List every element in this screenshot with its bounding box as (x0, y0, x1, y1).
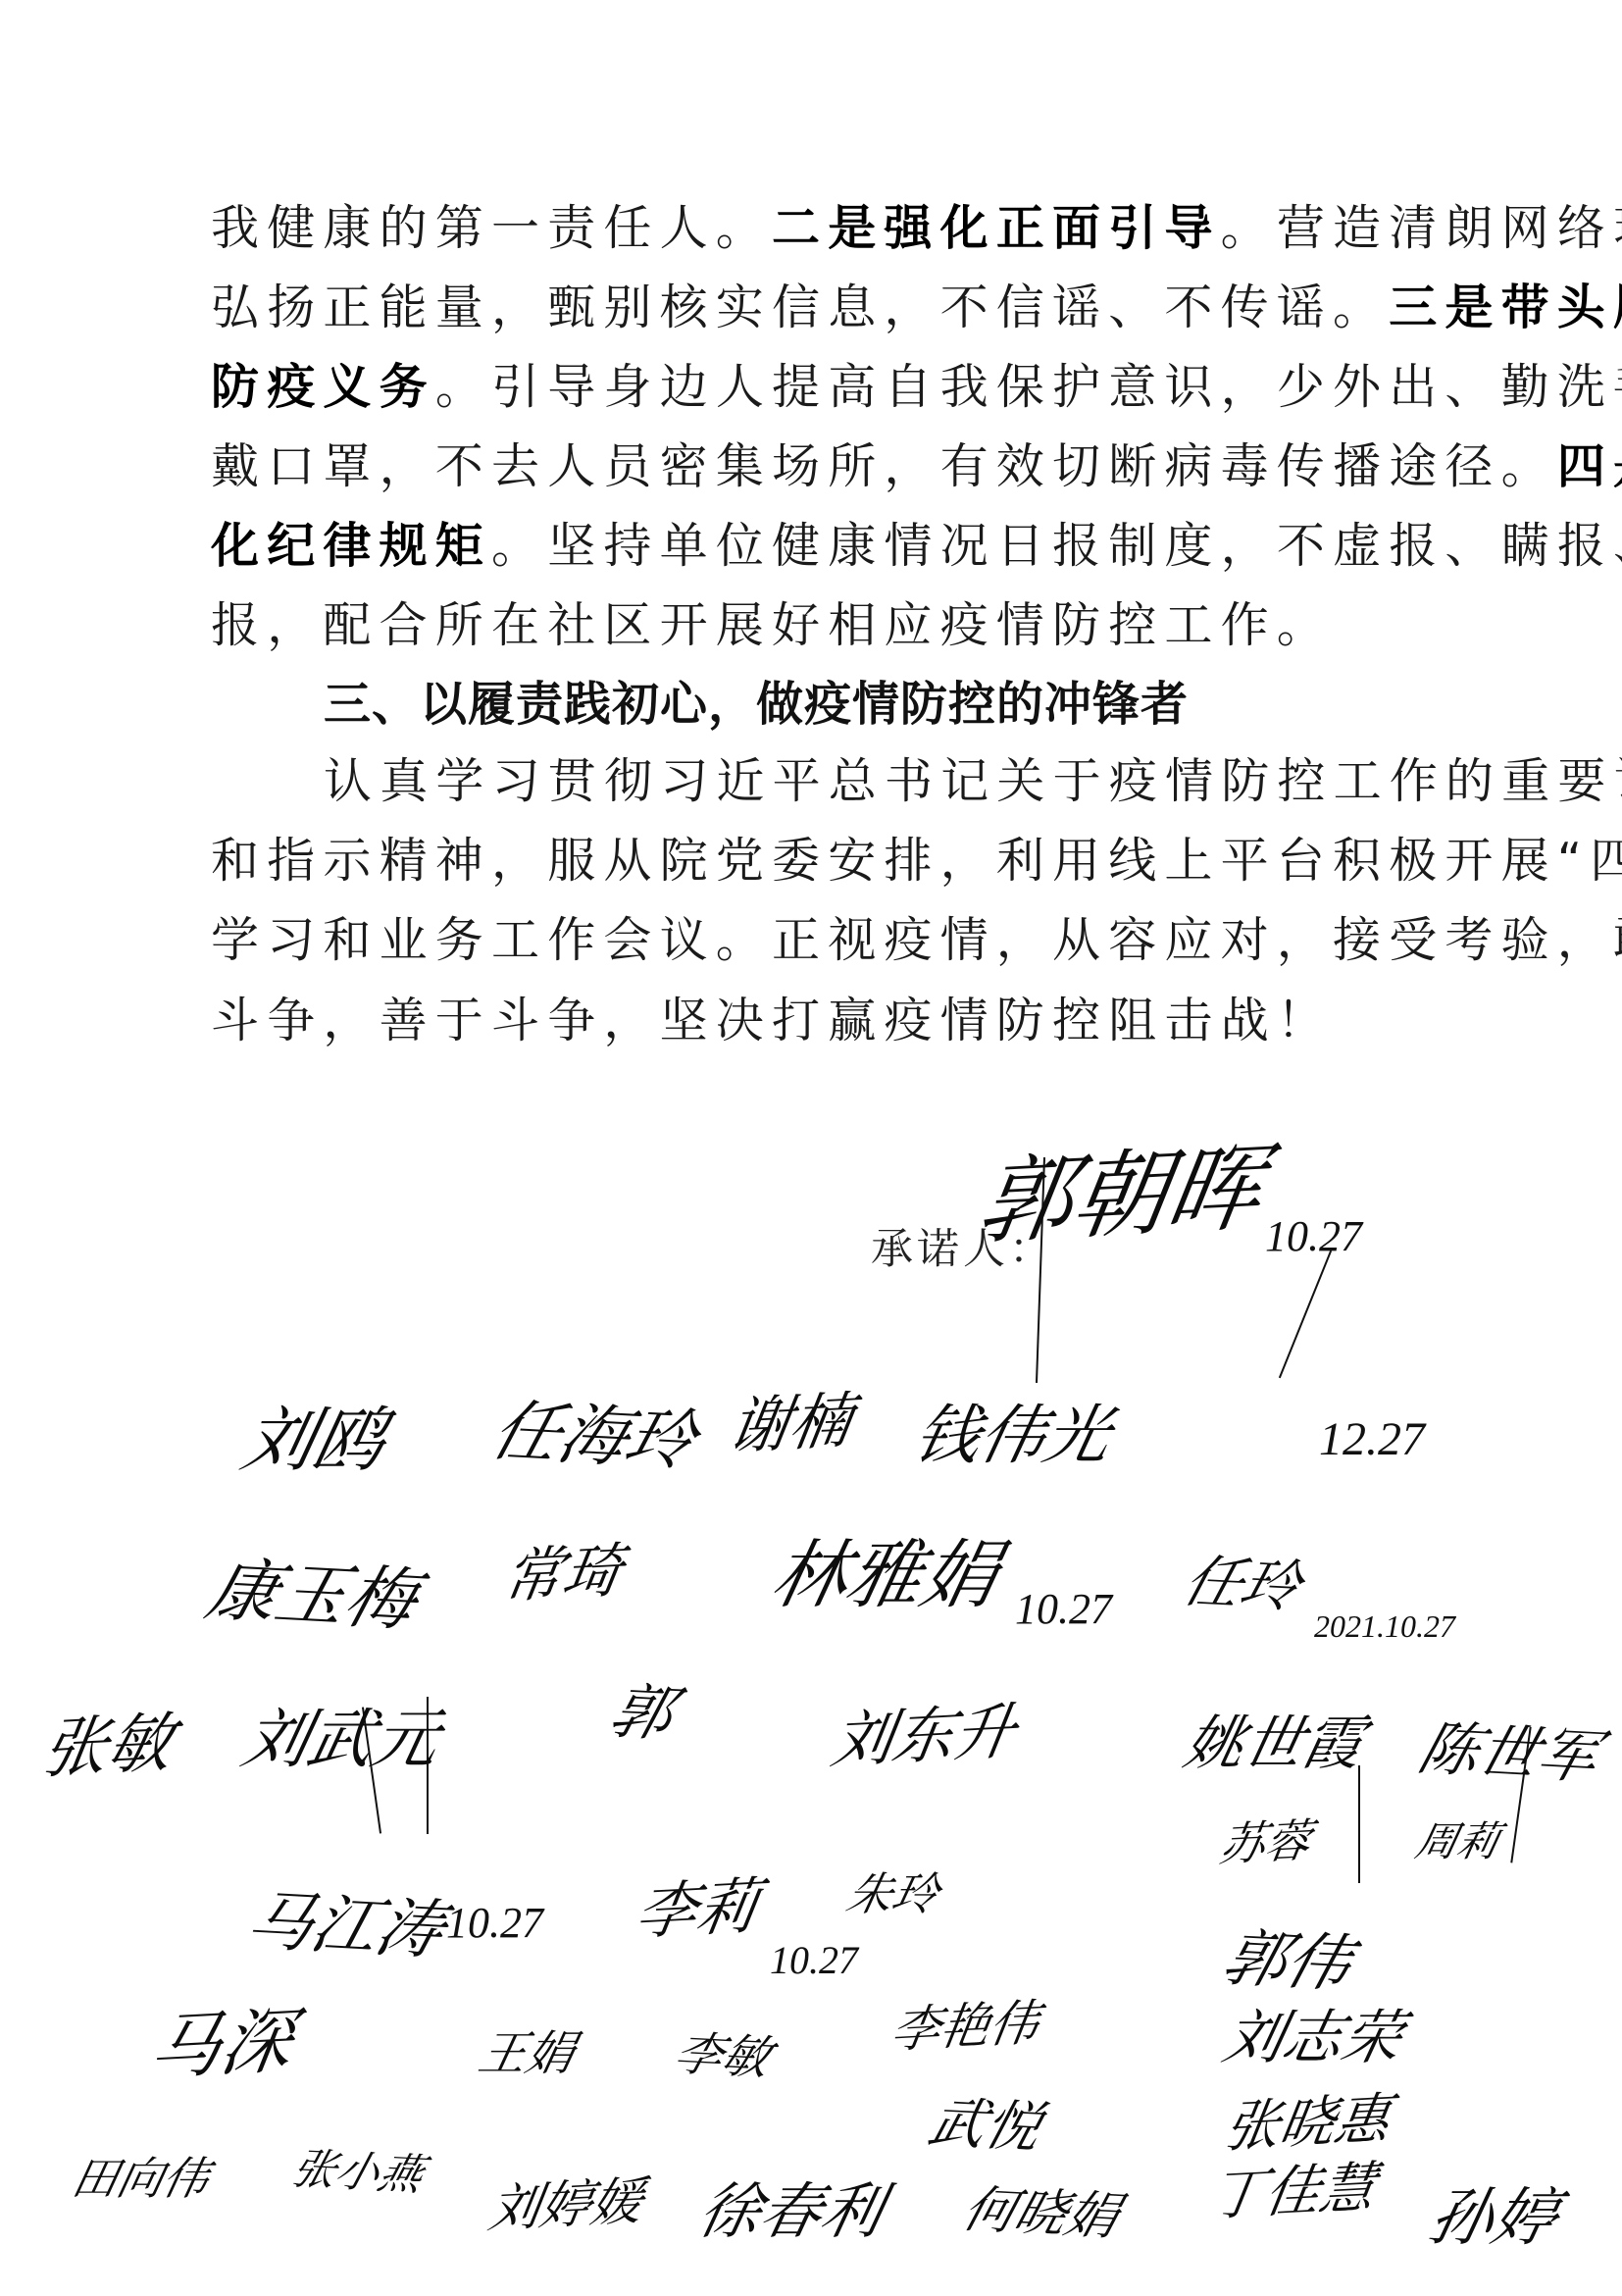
section-heading: 三、以履责践初心，做疫情防控的冲锋者 (324, 675, 1189, 734)
handwritten-signature: 丁佳慧 (1205, 2144, 1383, 2232)
document-page: 我健康的第一责任人。二是强化正面引导。营造清朗网络环境， 弘扬正能量，甄别核实信… (0, 0, 1622, 2296)
handwritten-signature: 苏蓉 (1216, 1805, 1316, 1874)
bold-point-3-cont: 防疫义务 (211, 359, 435, 415)
handwritten-signature: 李敏 (668, 2015, 780, 2087)
handwritten-signature: 张小燕 (286, 2133, 432, 2202)
handwritten-signature: 刘武元 (235, 1687, 449, 1780)
signature-date: 10.27 (770, 1937, 858, 1983)
handwritten-signature: 陈世军 (1411, 1703, 1610, 1795)
handwritten-signature: 刘志荣 (1217, 1991, 1411, 2075)
handwritten-signature: 刘东升 (827, 1682, 1023, 1780)
bold-point-4-cont: 化纪律规矩 (211, 518, 491, 574)
bold-point-3: 三是带头履行 (1389, 280, 1622, 335)
paragraph-line-6: 报，配合所在社区开展好相应疫情防控工作。 (211, 596, 1427, 655)
handwritten-signature: 何晓娟 (956, 2168, 1129, 2248)
handwritten-signature: 任海玲 (482, 1379, 707, 1483)
handwritten-signature: 任玲 (1176, 1536, 1311, 1623)
signature-stroke (1358, 1765, 1360, 1883)
text-run: 报，配合所在社区开展好相应疫情防控工作。 (211, 597, 1333, 653)
text-run: 。坚持单位健康情况日报制度，不虚报、瞒报、迟 (491, 518, 1622, 574)
handwritten-signature: 康玉梅 (198, 1536, 430, 1645)
signature-date: 10.27 (446, 1898, 543, 1948)
bold-point-2: 二是强化正面引导 (772, 200, 1221, 256)
handwritten-signature: 郭朝晖 (970, 1112, 1274, 1262)
handwritten-signature: 武悦 (921, 2079, 1051, 2163)
handwritten-signature: 马江涛 (237, 1869, 456, 1971)
signature-date: 10.27 (1015, 1584, 1112, 1634)
handwritten-signature: 王娟 (474, 2015, 583, 2083)
handwritten-signature: 张敏 (36, 1690, 180, 1791)
handwritten-signature: 刘婷媛 (484, 2159, 649, 2241)
section3-line-2: 和指示精神，服从院党委安排，利用线上平台积极开展“四史” (211, 832, 1427, 891)
handwritten-signature: 徐春利 (692, 2163, 893, 2250)
text-run: 戴口罩，不去人员密集场所，有效切断病毒传播途径。 (211, 438, 1557, 494)
handwritten-signature: 谢楠 (724, 1371, 859, 1465)
paragraph-line-4: 戴口罩，不去人员密集场所，有效切断病毒传播途径。四是强 (211, 437, 1427, 496)
handwritten-signature: 马深 (144, 1983, 301, 2094)
section3-line-1: 认真学习贯彻习近平总书记关于疫情防控工作的重要讲话 (324, 752, 1427, 811)
text-run: 。营造清朗网络环境， (1221, 200, 1622, 256)
handwritten-signature: 李艳伟 (887, 1983, 1044, 2063)
handwritten-signature: 郭伟 (1214, 1909, 1363, 2005)
signature-stroke (1279, 1250, 1332, 1379)
handwritten-signature: 刘鸥 (234, 1383, 397, 1485)
paragraph-line-1: 我健康的第一责任人。二是强化正面引导。营造清朗网络环境， (211, 199, 1427, 258)
handwritten-signature: 林雅娟 (763, 1515, 1009, 1622)
paragraph-line-2: 弘扬正能量，甄别核实信息，不信谣、不传谣。三是带头履行 (211, 279, 1427, 337)
handwritten-signature: 钱伟光 (907, 1383, 1121, 1476)
text-run: 。引导身边人提高自我保护意识，少外出、勤洗手、 (435, 359, 1622, 415)
signature-date: 2021.10.27 (1314, 1608, 1455, 1645)
handwritten-signature: 周莉 (1411, 1810, 1506, 1868)
section3-line-3: 学习和业务工作会议。正视疫情，从容应对，接受考验，敢于 (211, 911, 1427, 970)
handwritten-signature: 常琦 (498, 1523, 630, 1614)
signature-date: 12.27 (1319, 1412, 1425, 1466)
handwritten-signature: 朱玲 (841, 1859, 945, 1923)
paragraph-line-3: 防疫义务。引导身边人提高自我保护意识，少外出、勤洗手、 (211, 358, 1427, 417)
section3-line-4: 斗争，善于斗争，坚决打赢疫情防控阻击战！ (211, 992, 1427, 1050)
text-run: 弘扬正能量，甄别核实信息，不信谣、不传谣。 (211, 280, 1389, 335)
text-run: 我健康的第一责任人。 (211, 200, 772, 256)
handwritten-signature: 郭 (601, 1663, 684, 1753)
handwritten-signature: 田向伟 (67, 2143, 216, 2208)
bold-point-4: 四是强 (1557, 438, 1622, 494)
handwritten-signature: 李莉 (631, 1857, 766, 1951)
handwritten-signature: 孙婷 (1422, 2168, 1567, 2258)
paragraph-line-5: 化纪律规矩。坚持单位健康情况日报制度，不虚报、瞒报、迟 (211, 517, 1427, 576)
handwritten-signature: 姚世霞 (1178, 1697, 1372, 1781)
signature-date: 10.27 (1265, 1211, 1362, 1261)
